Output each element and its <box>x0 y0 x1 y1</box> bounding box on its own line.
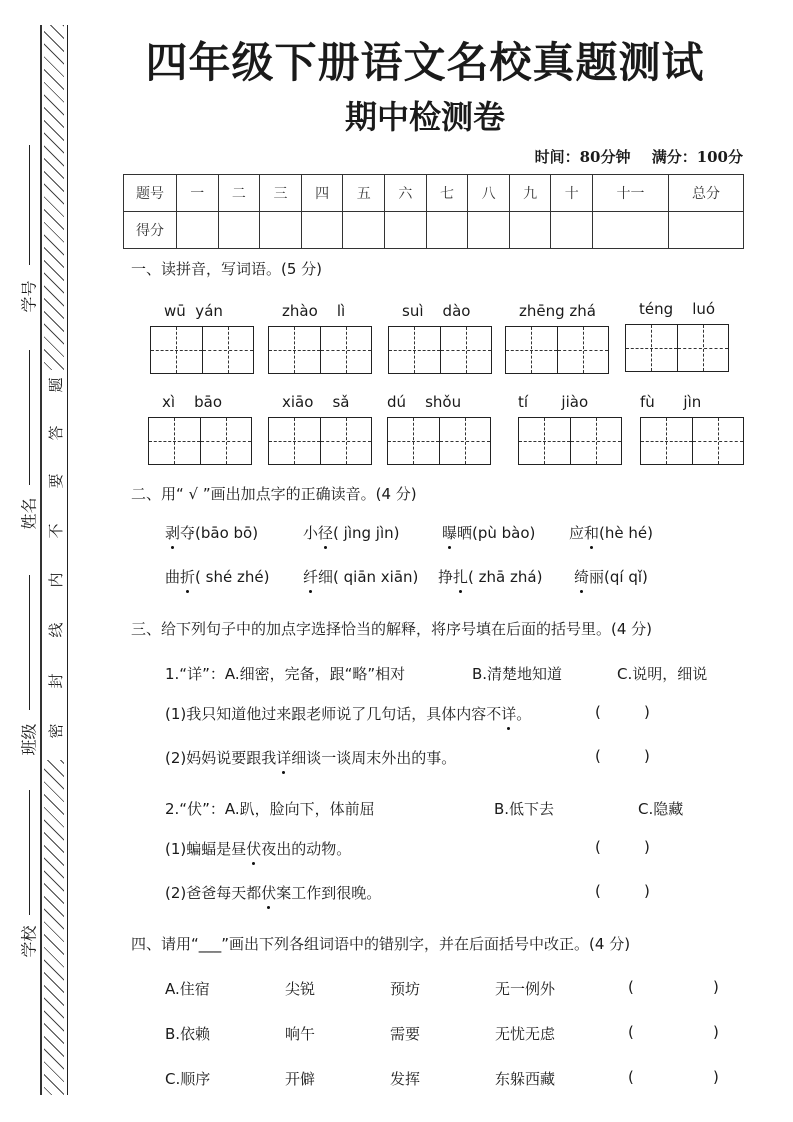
word-c3[interactable]: 发挥 <box>390 1068 420 1089</box>
answer-paren-open[interactable]: ( <box>595 747 601 765</box>
q1-stem: 1.“详”：A.细密，完备，跟“略”相对 <box>165 663 405 684</box>
pinyin-label: zhào lì <box>268 302 372 326</box>
exam-full-score: 满分：100分 <box>652 148 743 166</box>
section2-title: 二、用“ √ ”画出加点字的正确读音。(4 分) <box>131 483 417 504</box>
pronunciation-item[interactable]: 曝晒(pù bào) <box>442 522 535 543</box>
word-a2[interactable]: 尖锐 <box>285 978 315 999</box>
answer-paren-open[interactable]: ( <box>628 1068 634 1086</box>
pinyin-label: tí jiào <box>518 393 622 417</box>
pinyin-item: dú shǒu <box>387 393 491 465</box>
score-header-cell: 三 <box>260 175 302 212</box>
score-cell[interactable] <box>385 212 427 249</box>
score-cell[interactable] <box>301 212 343 249</box>
dotted-char: 绮 <box>574 566 589 587</box>
dotted-char: 纤 <box>303 566 318 587</box>
writing-grid[interactable] <box>518 417 622 465</box>
seal-char: 不 <box>47 522 65 540</box>
student-id-field[interactable] <box>29 145 30 265</box>
exam-duration: 时间：80分钟 <box>535 148 631 166</box>
binding-line-inner <box>67 25 68 1095</box>
score-table: 题号 一 二 三 四 五 六 七 八 九 十 十一 总分 得分 <box>123 174 744 249</box>
binding-hatch-bottom <box>44 760 64 1095</box>
answer-paren-close: ) <box>644 703 650 721</box>
word-a1[interactable]: A.住宿 <box>165 978 210 999</box>
pinyin-item: xiāo sǎ <box>268 393 372 465</box>
word-c2[interactable]: 开僻 <box>285 1068 315 1089</box>
score-table-score-row: 得分 <box>124 212 744 249</box>
q2-stem: 2.“伏”：A.趴，脸向下，体前屈 <box>165 798 375 819</box>
pronunciation-item[interactable]: 绮丽(qí qǐ) <box>574 566 648 587</box>
pinyin-label: zhēng zhá <box>505 302 609 326</box>
word-b3[interactable]: 需要 <box>390 1023 420 1044</box>
dotted-char: 径 <box>318 522 333 543</box>
writing-grid[interactable] <box>625 324 729 372</box>
word-b2[interactable]: 响午 <box>285 1023 315 1044</box>
binding-hatch-top <box>44 25 64 370</box>
word-c4[interactable]: 东躲西藏 <box>495 1068 555 1089</box>
writing-grid[interactable] <box>148 417 252 465</box>
score-header-cell: 四 <box>301 175 343 212</box>
pinyin-item: suì dào <box>388 302 492 374</box>
writing-grid[interactable] <box>268 417 372 465</box>
dotted-char: 剥 <box>165 522 180 543</box>
seal-char: 要 <box>47 472 65 490</box>
score-cell[interactable] <box>343 212 385 249</box>
seal-char: 线 <box>47 621 65 639</box>
writing-grid[interactable] <box>387 417 491 465</box>
writing-grid[interactable] <box>150 326 254 374</box>
answer-paren-close: ) <box>644 747 650 765</box>
score-header-cell: 总分 <box>669 175 744 212</box>
dotted-char: 扎 <box>453 566 468 587</box>
score-cell[interactable] <box>593 212 669 249</box>
writing-grid[interactable] <box>388 326 492 374</box>
pinyin-item: zhào lì <box>268 302 372 374</box>
q2-sentence-1: (1)蝙蝠是昼伏夜出的动物。 <box>165 838 351 859</box>
dotted-char: 折 <box>180 566 195 587</box>
answer-paren-open[interactable]: ( <box>595 838 601 856</box>
pronunciation-item[interactable]: 曲折( shé zhé) <box>165 566 269 587</box>
score-header-cell: 六 <box>385 175 427 212</box>
writing-grid[interactable] <box>268 326 372 374</box>
class-label: 班级 <box>17 720 40 760</box>
score-cell[interactable] <box>468 212 510 249</box>
word-b4[interactable]: 无忧无虑 <box>495 1023 555 1044</box>
pinyin-item: téng luó <box>625 300 729 372</box>
score-header-cell: 五 <box>343 175 385 212</box>
score-table-header-row: 题号 一 二 三 四 五 六 七 八 九 十 十一 总分 <box>124 175 744 212</box>
score-header-cell: 一 <box>177 175 219 212</box>
pinyin-label: suì dào <box>388 302 492 326</box>
score-header-cell: 十 <box>551 175 593 212</box>
seal-char: 题 <box>47 376 65 394</box>
answer-paren-open[interactable]: ( <box>628 1023 634 1041</box>
pinyin-label: xiāo sǎ <box>268 393 372 417</box>
exam-title: 四年级下册语文名校真题测试 <box>120 30 730 90</box>
binding-margin: 题 答 要 不 内 线 封 密 学号 姓名 班级 学校 <box>0 0 90 1122</box>
section3-title: 三、给下列句子中的加点字选择恰当的解释，将序号填在后面的括号里。(4 分) <box>131 618 652 639</box>
answer-paren-close: ) <box>713 978 719 996</box>
section4-title: 四、请用“___”画出下列各组词语中的错别字，并在后面括号中改正。(4 分) <box>131 933 630 954</box>
score-cell[interactable] <box>177 212 219 249</box>
answer-paren-open[interactable]: ( <box>595 882 601 900</box>
score-header-cell: 七 <box>426 175 468 212</box>
pinyin-label: xì bāo <box>148 393 252 417</box>
q1-option-c: C.说明，细说 <box>617 663 707 684</box>
school-label: 学校 <box>17 922 40 962</box>
seal-char: 答 <box>47 424 65 442</box>
score-header-cell: 二 <box>218 175 260 212</box>
q2-sentence-2: (2)爸爸每天都伏案工作到很晚。 <box>165 882 381 903</box>
writing-grid[interactable] <box>505 326 609 374</box>
word-b1[interactable]: B.依赖 <box>165 1023 210 1044</box>
pronunciation-item[interactable]: 挣扎( zhā zhá) <box>438 566 542 587</box>
seal-char: 封 <box>47 672 65 690</box>
exam-time-info: 时间：80分钟 满分：100分 <box>535 146 743 167</box>
seal-char: 密 <box>47 722 65 740</box>
score-cell[interactable] <box>509 212 551 249</box>
q2-option-c: C.隐藏 <box>638 798 683 819</box>
pronunciation-item[interactable]: 小径( jìng jìn) <box>303 522 399 543</box>
score-cell[interactable] <box>218 212 260 249</box>
answer-paren-close: ) <box>713 1068 719 1086</box>
pinyin-label: wū yán <box>150 302 254 326</box>
section1-title: 一、读拼音，写词语。(5 分) <box>131 258 322 279</box>
answer-paren-close: ) <box>644 882 650 900</box>
pronunciation-item[interactable]: 应和(hè hé) <box>569 522 653 543</box>
pinyin-item: fù jìn <box>640 393 744 465</box>
score-header-cell: 九 <box>509 175 551 212</box>
q2-option-b: B.低下去 <box>494 798 554 819</box>
score-row-label: 得分 <box>124 212 177 249</box>
seal-char: 内 <box>47 571 65 589</box>
answer-paren-open[interactable]: ( <box>628 978 634 996</box>
q1-sentence-1: (1)我只知道他过来跟老师说了几句话，具体内容不详。 <box>165 703 531 724</box>
dotted-char: 和 <box>584 522 599 543</box>
pronunciation-item[interactable]: 纤细( qiān xiān) <box>303 566 418 587</box>
name-field[interactable] <box>29 350 30 485</box>
answer-paren-close: ) <box>644 838 650 856</box>
score-cell[interactable] <box>260 212 302 249</box>
exam-subtitle: 期中检测卷 <box>120 92 730 138</box>
school-field[interactable] <box>29 790 30 915</box>
q1-option-b: B.清楚地知道 <box>472 663 562 684</box>
answer-paren-close: ) <box>713 1023 719 1041</box>
word-a3[interactable]: 预坊 <box>390 978 420 999</box>
score-header-cell: 十一 <box>593 175 669 212</box>
pinyin-label: fù jìn <box>640 393 744 417</box>
score-header-cell: 题号 <box>124 175 177 212</box>
pinyin-item: wū yán <box>150 302 254 374</box>
binding-line-outer <box>40 25 42 1095</box>
pinyin-label: dú shǒu <box>387 393 491 417</box>
pinyin-item: zhēng zhá <box>505 302 609 374</box>
answer-paren-open[interactable]: ( <box>595 703 601 721</box>
pinyin-item: xì bāo <box>148 393 252 465</box>
score-header-cell: 八 <box>468 175 510 212</box>
word-c1[interactable]: C.顺序 <box>165 1068 210 1089</box>
name-label: 姓名 <box>17 494 40 534</box>
student-id-label: 学号 <box>17 277 40 317</box>
score-cell[interactable] <box>426 212 468 249</box>
dotted-char: 曝 <box>442 522 457 543</box>
score-cell[interactable] <box>551 212 593 249</box>
class-field[interactable] <box>29 575 30 710</box>
q1-sentence-2: (2)妈妈说要跟我详细谈一谈周末外出的事。 <box>165 747 456 768</box>
writing-grid[interactable] <box>640 417 744 465</box>
word-a4[interactable]: 无一例外 <box>495 978 555 999</box>
pinyin-item: tí jiào <box>518 393 622 465</box>
pronunciation-item[interactable]: 剥夺(bāo bō) <box>165 522 258 543</box>
pinyin-label: téng luó <box>625 300 729 324</box>
score-total-cell[interactable] <box>669 212 744 249</box>
